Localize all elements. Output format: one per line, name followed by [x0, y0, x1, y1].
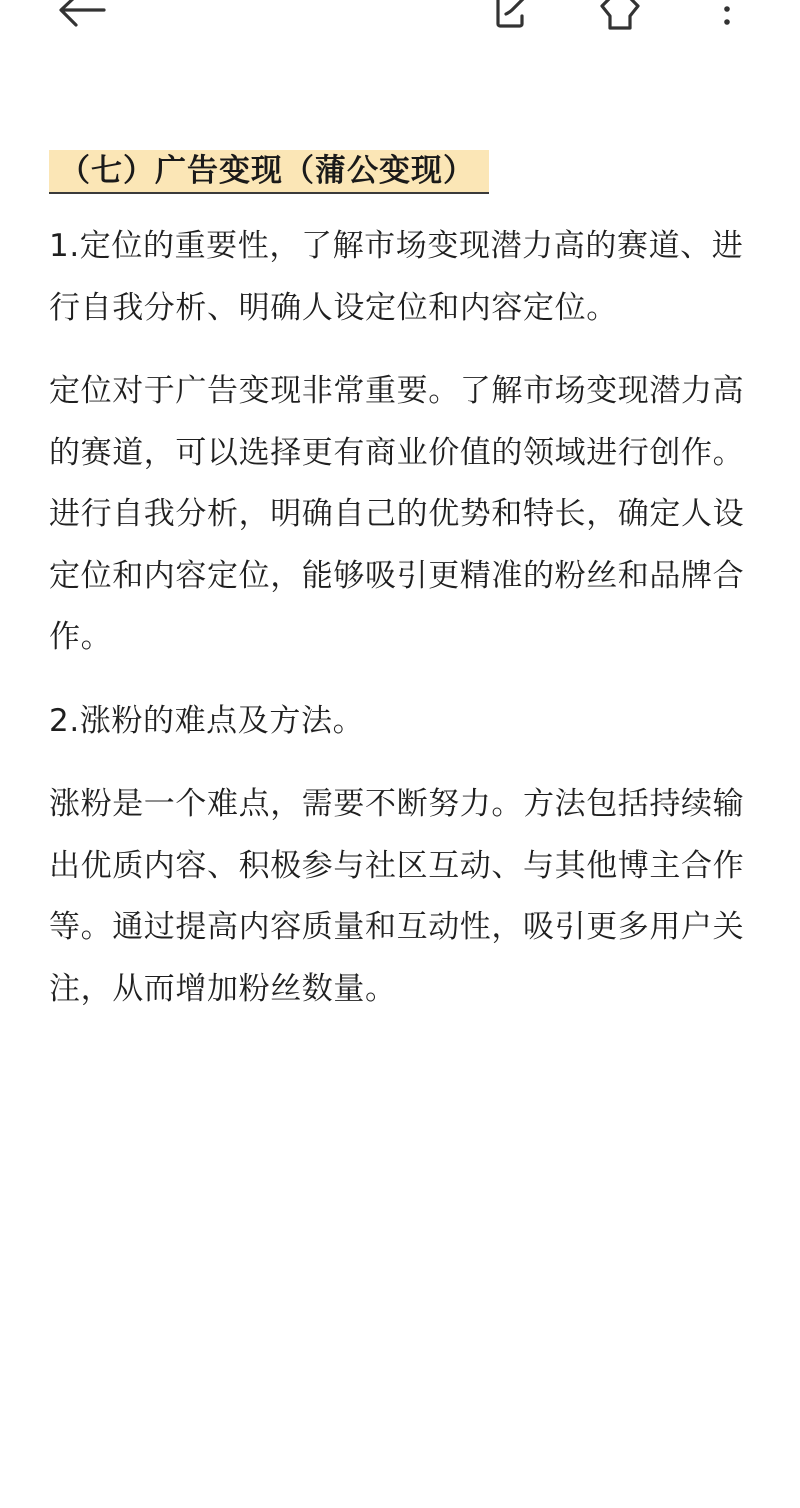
note-content: （七）广告变现（蒲公变现） 1.定位的重要性，了解市场变现潜力高的赛道、进行自我… [49, 150, 749, 1020]
note-paragraph-1: 1.定位的重要性，了解市场变现潜力高的赛道、进行自我分析、明确人设定位和内容定位… [49, 216, 749, 339]
edit-icon [492, 0, 536, 34]
note-paragraph-2: 定位对于广告变现非常重要。了解市场变现潜力高的赛道，可以选择更有商业价值的领域进… [49, 361, 749, 669]
section-heading: （七）广告变现（蒲公变现） [49, 150, 489, 194]
back-button[interactable] [56, 0, 108, 32]
more-options-button[interactable] [714, 0, 740, 32]
note-paragraph-4: 涨粉是一个难点，需要不断努力。方法包括持续输出优质内容、积极参与社区互动、与其他… [49, 774, 749, 1020]
note-paragraph-3: 2.涨粉的难点及方法。 [49, 691, 749, 753]
share-button[interactable] [596, 0, 644, 34]
more-vertical-icon [714, 0, 740, 32]
edit-button[interactable] [492, 0, 536, 34]
arrow-left-icon [56, 0, 108, 32]
share-tshirt-icon [596, 0, 644, 34]
top-toolbar [0, 0, 800, 40]
